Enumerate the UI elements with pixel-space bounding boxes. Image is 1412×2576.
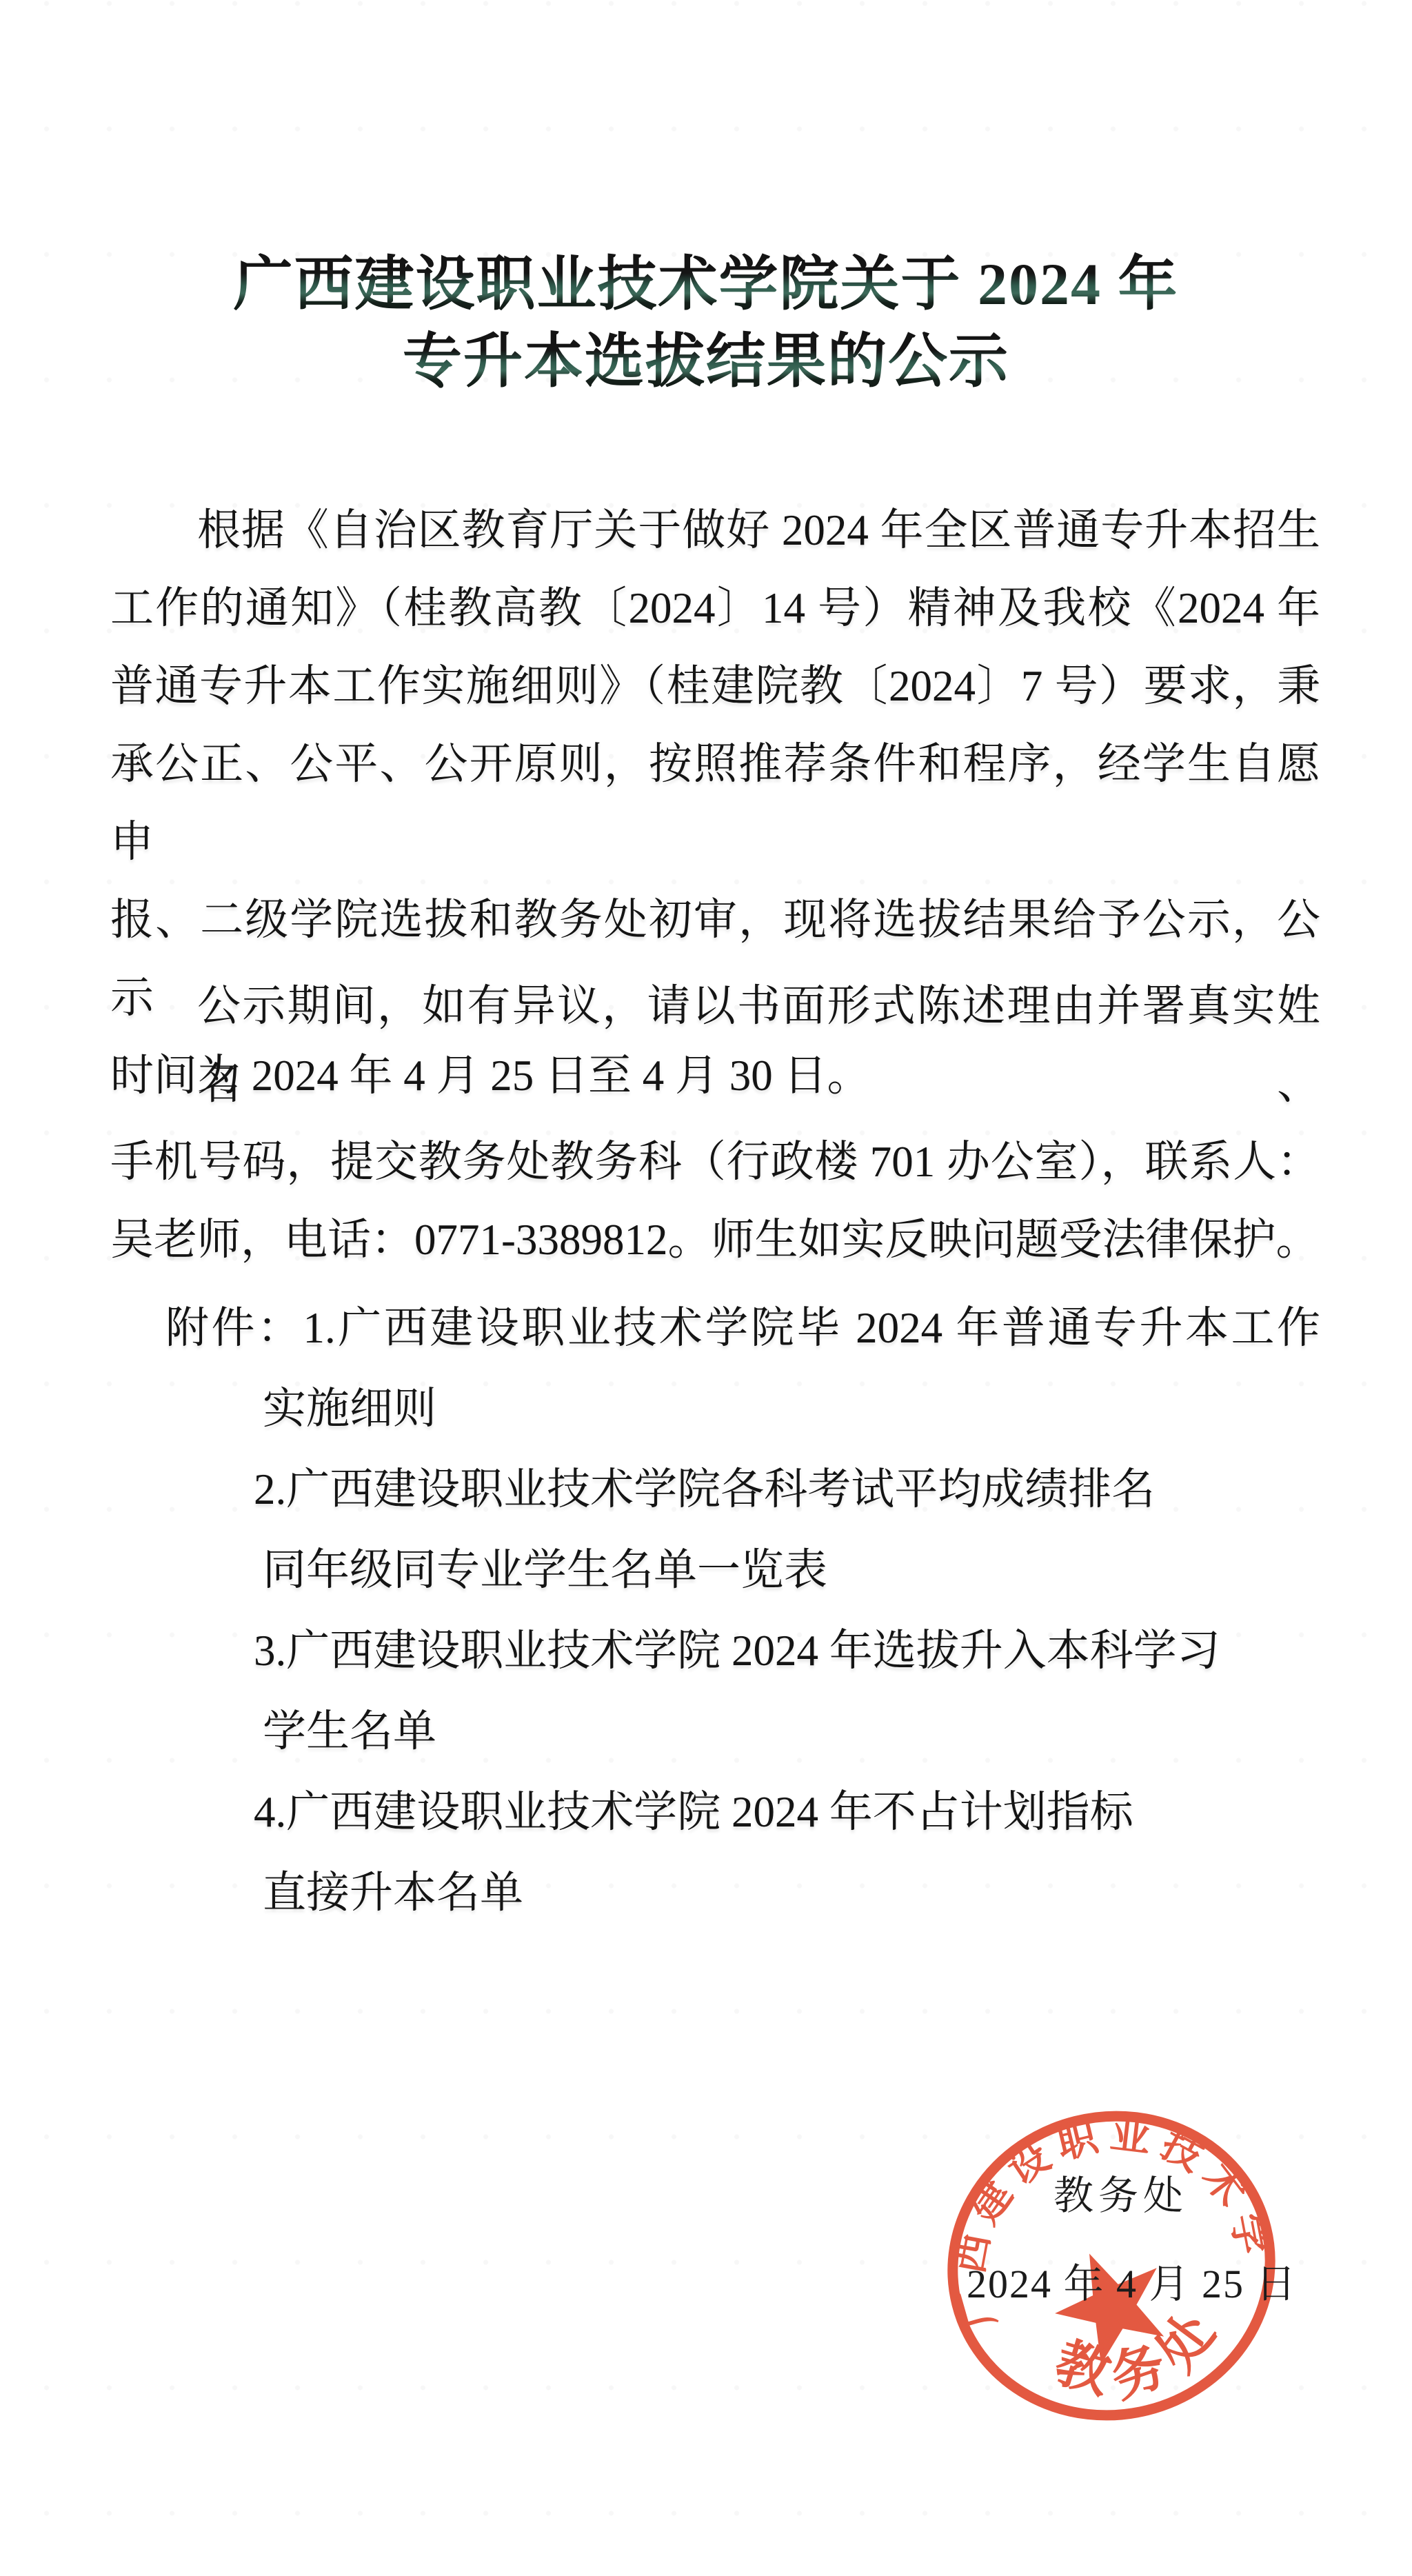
document-page: 广西建设职业技术学院关于 2024 年 专升本选拔结果的公示 根据《自治区教育厅…	[0, 0, 1412, 2576]
title-line-2: 专升本选拔结果的公示	[0, 323, 1412, 400]
attachment-line: 3.广西建设职业技术学院 2024 年选拔升入本科学习	[110, 1611, 1320, 1691]
signature-date: 2024 年 4 月 25 日	[967, 2260, 1298, 2308]
attachment-line: 4.广西建设职业技术学院 2024 年不占计划指标	[110, 1772, 1320, 1853]
paragraph-line: 公示期间，如有异议，请以书面形式陈述理由并署真实姓名、	[110, 967, 1320, 1123]
attachment-line: 同年级同专业学生名单一览表	[110, 1530, 1320, 1611]
paragraph-line: 手机号码，提交教务处教务科（行政楼 701 办公室），联系人：	[110, 1123, 1320, 1201]
attachment-line: 2.广西建设职业技术学院各科考试平均成绩排名	[110, 1449, 1320, 1530]
signature-department: 教务处	[1053, 2172, 1188, 2220]
title-line-1: 广西建设职业技术学院关于 2024 年	[0, 245, 1412, 323]
paragraph-line: 承公正、公平、公开原则，按照推荐条件和程序，经学生自愿申	[110, 725, 1320, 881]
paragraph-objection: 公示期间，如有异议，请以书面形式陈述理由并署真实姓名、 手机号码，提交教务处教务…	[110, 967, 1320, 1279]
document-title: 广西建设职业技术学院关于 2024 年 专升本选拔结果的公示	[0, 245, 1412, 400]
paragraph-line: 吴老师，电话：0771-3389812。师生如实反映问题受法律保护。	[110, 1201, 1320, 1279]
attachment-line: 学生名单	[110, 1691, 1320, 1772]
paragraph-line: 根据《自治区教育厅关于做好 2024 年全区普通专升本招生	[110, 492, 1320, 570]
attachments-block: 附件：1.广西建设职业技术学院毕 2024 年普通专升本工作 实施细则 2.广西…	[110, 1288, 1320, 1933]
attachment-line: 附件：1.广西建设职业技术学院毕 2024 年普通专升本工作	[110, 1288, 1320, 1369]
attachment-line: 直接升本名单	[110, 1853, 1320, 1933]
paragraph-line: 工作的通知》（桂教高教〔2024〕14 号）精神及我校《2024 年	[110, 570, 1320, 647]
attachment-line: 实施细则	[110, 1369, 1320, 1449]
paragraph-line: 普通专升本工作实施细则》（桂建院教〔2024〕7 号）要求，秉	[110, 647, 1320, 725]
